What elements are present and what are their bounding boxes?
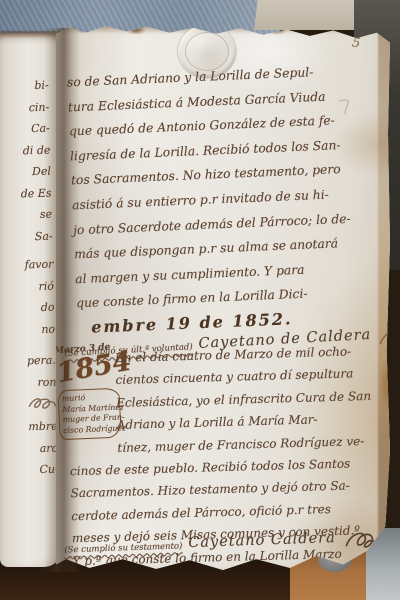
left-page-fragment: bi- bbox=[18, 75, 49, 97]
left-page-fragment: Ca- bbox=[19, 118, 50, 140]
manuscript-page: 5 so de San Adriano y la Lorilla de Sepu… bbox=[56, 24, 390, 570]
left-page: bi- cin- Ca- di de Del de Es se Sa- favo… bbox=[0, 33, 62, 567]
left-page-fragment: favor bbox=[23, 254, 54, 276]
left-page-fragment: di de bbox=[20, 139, 51, 161]
left-page-fragment: se bbox=[21, 204, 52, 226]
left-page-fragment: de Es bbox=[21, 182, 52, 204]
manuscript-photo: bi- cin- Ca- di de Del de Es se Sa- favo… bbox=[0, 0, 400, 600]
flourish-mark-icon bbox=[27, 395, 57, 412]
left-page-fragment: ron bbox=[26, 371, 57, 393]
background-paper-card bbox=[254, 0, 368, 30]
entry-1852: so de San Adriano y la Lorilla de Sepul-… bbox=[66, 58, 381, 341]
left-page-fragment: no bbox=[24, 318, 55, 340]
left-page-fragment: do bbox=[24, 297, 55, 319]
left-page-fragment: Cu- bbox=[28, 459, 59, 481]
left-page-fragment: aro bbox=[27, 437, 58, 459]
left-page-fragment: cin- bbox=[19, 96, 50, 118]
left-page-fragment: rió bbox=[23, 275, 54, 297]
left-page-fragment: Del bbox=[20, 161, 51, 183]
left-page-fragment: pera. bbox=[25, 350, 56, 372]
left-page-fragment: mbre bbox=[27, 416, 58, 438]
left-page-text-fragments: bi- cin- Ca- di de Del de Es se Sa- favo… bbox=[18, 75, 59, 481]
entry-1854: En el día cuatro de Marzo de mil ocho- c… bbox=[67, 340, 382, 595]
left-page-fragment: Sa- bbox=[22, 225, 53, 247]
rubric-flourish-icon bbox=[377, 327, 400, 351]
